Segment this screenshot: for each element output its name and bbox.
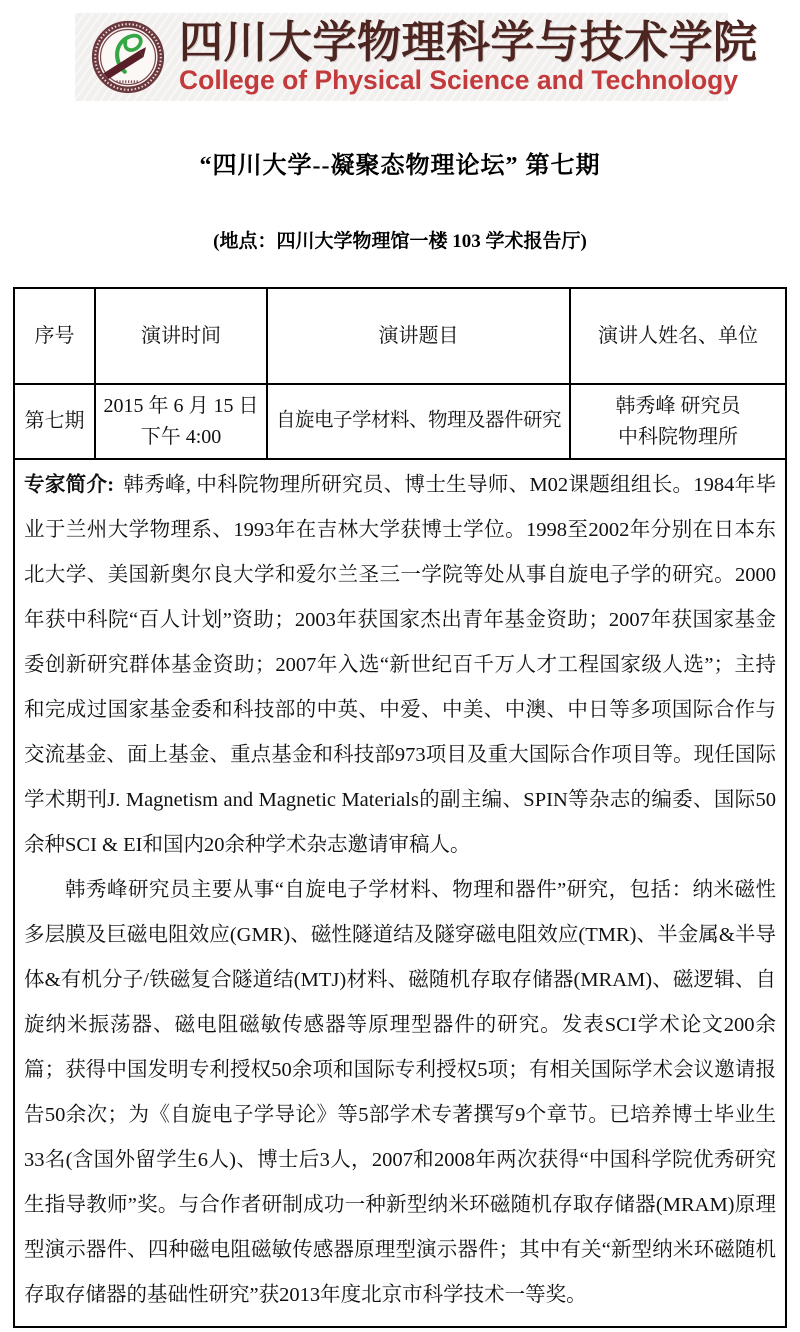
header-cell-time: 演讲时间 <box>96 289 268 383</box>
header-cell-speaker: 演讲人姓名、单位 <box>571 289 785 383</box>
org-name-en: College of Physical Science and Technolo… <box>179 67 758 94</box>
speaker-name: 韩秀峰 研究员 <box>616 391 741 422</box>
page: { "banner": { "org_name_zh": "四川大学物理科学与技… <box>0 0 800 1332</box>
bio-text-1: 韩秀峰, 中科院物理所研究员、博士生导师、M02课题组组长。1984年毕业于兰州… <box>24 474 776 856</box>
time-hour: 下午 4:00 <box>141 422 222 453</box>
cell-time: 2015 年 6 月 15 日 下午 4:00 <box>96 385 268 458</box>
speaker-affiliation: 中科院物理所 <box>618 422 738 453</box>
header-cell-seq: 序号 <box>15 289 96 383</box>
header-cell-topic: 演讲题目 <box>268 289 571 383</box>
banner-text-block: 四川大学物理科学与技术学院 College of Physical Scienc… <box>179 21 758 94</box>
location-line: (地点：四川大学物理馆一楼 103 学术报告厅) <box>0 226 800 253</box>
org-name-zh: 四川大学物理科学与技术学院 <box>179 21 758 65</box>
bio-text-2: 韩秀峰研究员主要从事“自旋电子学材料、物理和器件”研究，包括：纳米磁性多层膜及巨… <box>24 879 776 1306</box>
table-row: 第七期 2015 年 6 月 15 日 下午 4:00 自旋电子学材料、物理及器… <box>15 385 785 460</box>
cell-topic: 自旋电子学材料、物理及器件研究 <box>268 385 571 458</box>
cell-seq: 第七期 <box>15 385 96 458</box>
table-header-row: 序号 演讲时间 演讲题目 演讲人姓名、单位 <box>15 289 785 385</box>
college-banner: 四川大学物理科学与技术学院 College of Physical Scienc… <box>75 13 728 101</box>
cell-speaker: 韩秀峰 研究员 中科院物理所 <box>571 385 785 458</box>
time-date: 2015 年 6 月 15 日 <box>104 391 259 422</box>
bio-paragraph-2: 韩秀峰研究员主要从事“自旋电子学材料、物理和器件”研究，包括：纳米磁性多层膜及巨… <box>24 868 776 1318</box>
page-title: “四川大学--凝聚态物理论坛” 第七期 <box>0 145 800 180</box>
talk-topic: 自旋电子学材料、物理及器件研究 <box>276 406 561 436</box>
bio-label: 专家简介: <box>24 474 123 496</box>
bio-section: 专家简介:韩秀峰, 中科院物理所研究员、博士生导师、M02课题组组长。1984年… <box>15 460 785 1326</box>
bio-paragraph-1: 专家简介:韩秀峰, 中科院物理所研究员、博士生导师、M02课题组组长。1984年… <box>24 463 776 868</box>
college-seal-icon <box>87 16 169 98</box>
schedule-table: 序号 演讲时间 演讲题目 演讲人姓名、单位 第七期 2015 年 6 月 15 … <box>13 287 787 1328</box>
